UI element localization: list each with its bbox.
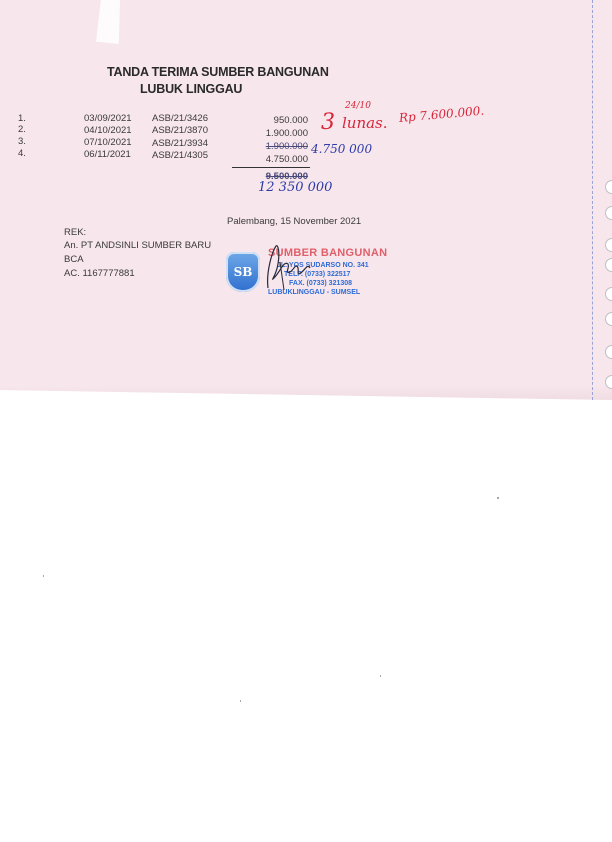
document-subtitle: LUBUK LINGGAU: [140, 82, 242, 96]
punch-hole: [605, 206, 612, 220]
scan-speck: [380, 675, 381, 677]
row-number: 1.: [18, 113, 26, 124]
row-invoice: ASB/21/3870: [152, 125, 208, 136]
logo-text: SB: [234, 265, 253, 279]
receipt-paper: [0, 0, 612, 400]
row-number: 4.: [18, 148, 26, 159]
account-name: An. PT ANDSINLI SUMBER BARU: [64, 240, 211, 251]
scan-speck: [43, 575, 44, 577]
punch-hole: [605, 180, 612, 194]
row-amount: 1.900.000: [240, 128, 308, 139]
company-logo-icon: SB: [226, 252, 260, 292]
sum-line: [232, 167, 310, 168]
row-date: 04/10/2021: [84, 125, 132, 136]
handwritten-total: 12 350 000: [258, 180, 332, 195]
row-number: 3.: [18, 136, 26, 147]
perforation-line: [592, 0, 593, 400]
row-number: 2.: [18, 124, 26, 135]
handwritten-note-text: lunas.: [342, 114, 388, 132]
document-title: TANDA TERIMA SUMBER BANGUNAN: [107, 65, 329, 79]
punch-hole: [605, 345, 612, 359]
row-amount-struck: 1.900.000: [240, 141, 308, 152]
punch-hole: [605, 258, 612, 272]
handwritten-note-date: 24/10: [345, 101, 371, 111]
bank-label: REK:: [64, 227, 86, 238]
row-invoice: ASB/21/3934: [152, 138, 208, 149]
scan-speck: [240, 700, 241, 702]
row-amount: 950.000: [240, 115, 308, 126]
scan-speck: [497, 497, 499, 499]
row-date: 06/11/2021: [84, 149, 131, 160]
row-date: 03/09/2021: [84, 113, 132, 124]
punch-hole: [605, 312, 612, 326]
handwritten-row3-correction: 4.750 000: [311, 142, 372, 156]
punch-hole: [605, 238, 612, 252]
account-number: AC. 1167777881: [64, 268, 135, 279]
row-amount: 4.750.000: [240, 154, 308, 165]
place-date: Palembang, 15 November 2021: [227, 216, 361, 227]
row-date: 07/10/2021: [84, 137, 132, 148]
signature-icon: [262, 242, 314, 290]
bank-name: BCA: [64, 254, 84, 265]
row-invoice: ASB/21/3426: [152, 113, 208, 124]
row-invoice: ASB/21/4305: [152, 150, 208, 161]
handwritten-note-number: 3: [321, 110, 335, 135]
punch-hole: [605, 287, 612, 301]
punch-hole: [605, 375, 612, 389]
